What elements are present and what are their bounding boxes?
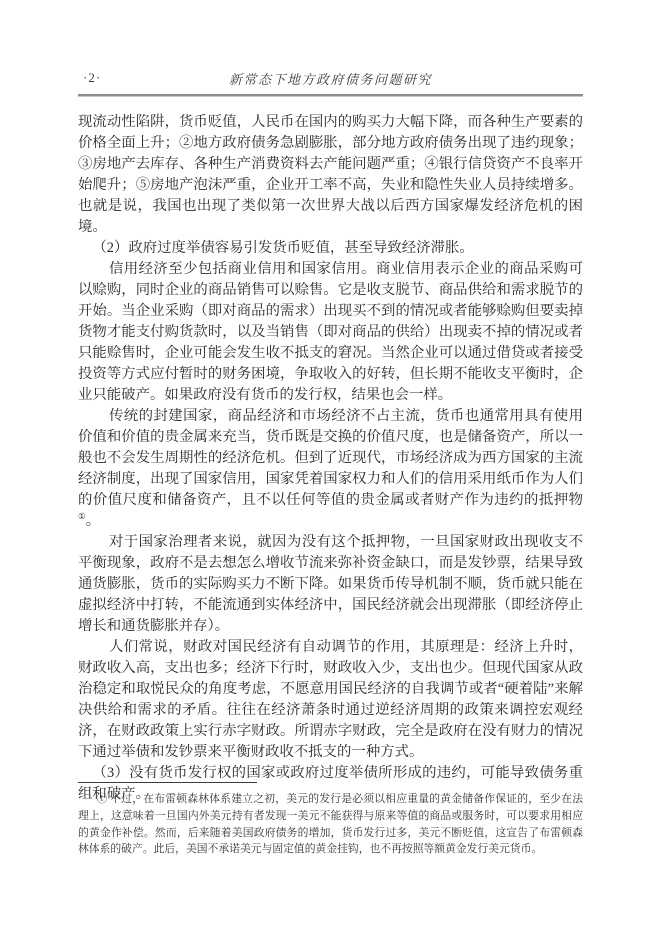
footnote-reference-mark: ①: [78, 511, 86, 521]
paragraph-text: 传统的封建国家，商品经济和市场经济不占主流，货币也通常用具有使用价值和价值的贵金…: [78, 408, 583, 508]
paragraph-text-tail: 。: [86, 513, 100, 529]
body-text: 现流动性陷阱，货币贬值，人民币在国内的购买力大幅下降，而各种生产要素的价格全面上…: [78, 112, 583, 805]
paragraph-credit-economy: 信用经济至少包括商业信用和国家信用。商业信用表示企业的商品采购可以赊购，同时企业…: [78, 259, 583, 406]
paragraph-state-governors: 对于国家治理者来说，就因为没有这个抵押物，一旦国家财政出现收支不平衡现象，政府不…: [78, 532, 583, 637]
paragraph-continuation: 现流动性陷阱，货币贬值，人民币在国内的购买力大幅下降，而各种生产要素的价格全面上…: [78, 112, 583, 238]
footnote-separator: [78, 782, 257, 783]
footnote-text: ① 不过，在布雷顿森林体系建立之初，美元的发行是必须以相应重量的黄金储备作保证的…: [78, 791, 583, 858]
paragraph-fiscal-adjustment: 人们常说，财政对国民经济有自动调节的作用，其原理是：经济上升时，财政收入高，支出…: [78, 637, 583, 763]
header-rule: [78, 94, 583, 97]
running-title: 新常态下地方政府债务问题研究: [78, 69, 583, 88]
book-page: ·2· 新常态下地方政府债务问题研究 现流动性陷阱，货币贬值，人民币在国内的购买…: [0, 0, 661, 925]
page-header: ·2· 新常态下地方政府债务问题研究: [78, 69, 583, 89]
paragraph-point-2: （2）政府过度举债容易引发货币贬值，甚至导致经济滞胀。: [78, 238, 583, 259]
page-number: ·2·: [83, 70, 101, 86]
paragraph-feudal-states: 传统的封建国家，商品经济和市场经济不占主流，货币也通常用具有使用价值和价值的贵金…: [78, 406, 583, 532]
